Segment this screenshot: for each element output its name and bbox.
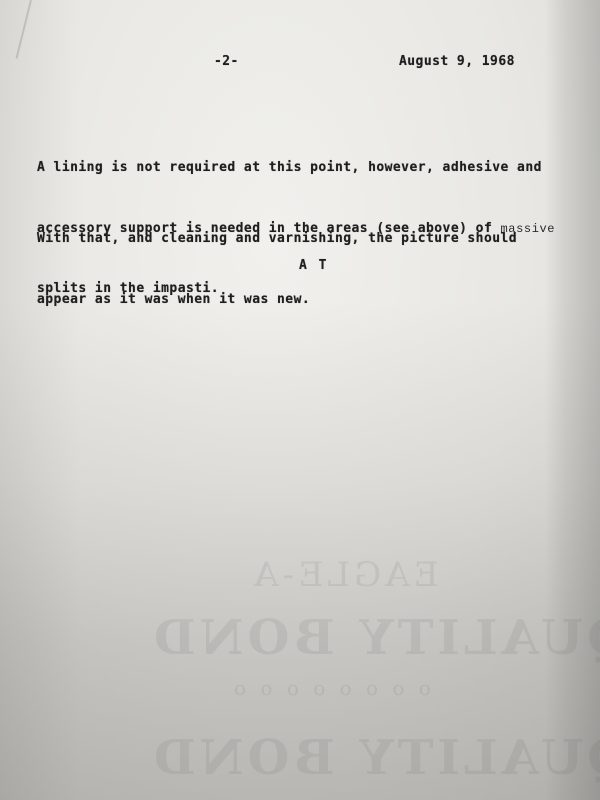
line-text: appear as it was when it was new. — [37, 292, 310, 307]
text-line: appear as it was when it was new. — [37, 290, 517, 311]
page-number: -2- — [214, 52, 239, 72]
show-through-text: QUALITY BOND — [150, 610, 600, 666]
paragraph-2: With that, and cleaning and varnishing, … — [37, 189, 517, 350]
text-line: With that, and cleaning and varnishing, … — [37, 229, 517, 250]
letter-date: August 9, 1968 — [399, 52, 515, 72]
line-text: A lining is not required at this point, … — [37, 160, 542, 175]
line-text: With that, and cleaning and varnishing, … — [37, 231, 517, 246]
show-through-text: o o o o o o o o — [230, 676, 431, 700]
paper-fold-mark — [15, 0, 31, 59]
signature-initials: A T — [299, 256, 328, 276]
show-through-text: EAGLE-A — [250, 555, 439, 595]
document-page: EAGLE-A QUALITY BOND o o o o o o o o QUA… — [0, 0, 600, 800]
text-line: A lining is not required at this point, … — [37, 158, 555, 179]
show-through-text: QUALITY BOND — [150, 730, 600, 786]
